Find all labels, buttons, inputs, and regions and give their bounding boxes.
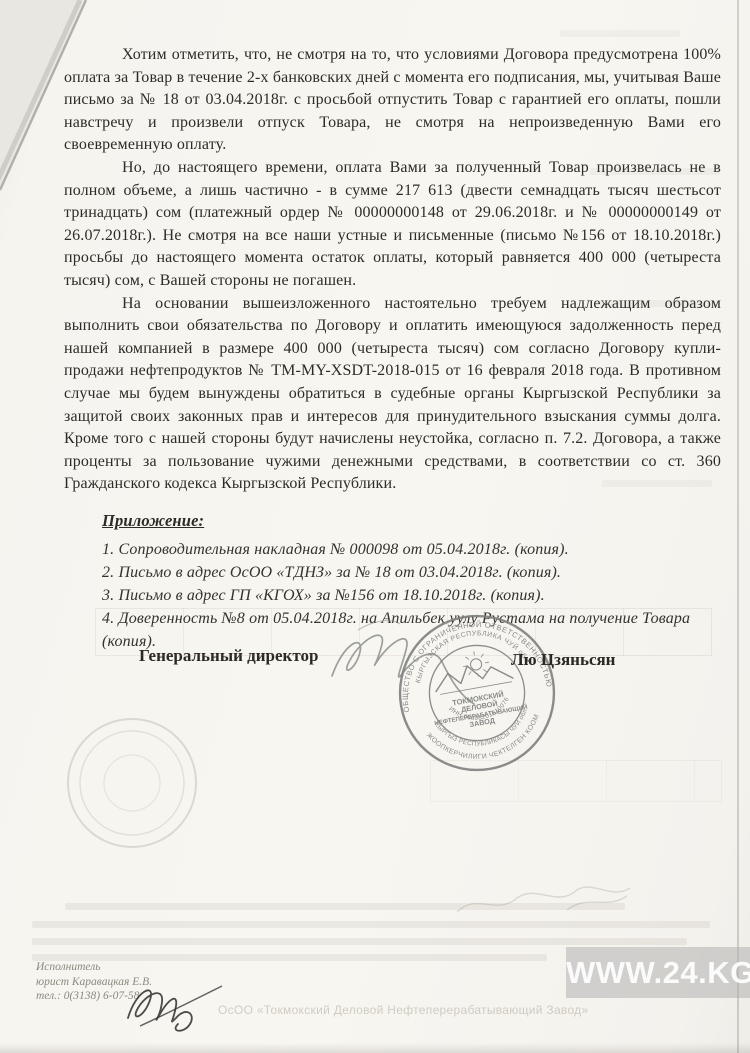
faint-handwriting-scribble [452, 880, 637, 922]
paper-right-edge [737, 0, 739, 1053]
bleedthrough-text-line [32, 938, 687, 945]
signatory-name: Лю Цзяньсян [511, 650, 615, 670]
bleedthrough-mark [600, 300, 718, 307]
paragraph-1: Хотим отметить, что, не смотря на то, чт… [64, 44, 721, 157]
scanned-letter-page: Хотим отметить, что, не смотря на то, чт… [0, 0, 750, 1053]
bleedthrough-text-line [32, 921, 710, 928]
attachment-item-1: 1. Сопроводительная накладная № 000098 о… [102, 538, 714, 561]
bleedthrough-stamp-circle [64, 715, 200, 851]
director-signature-scribble [322, 600, 482, 715]
bleedthrough-mark [590, 168, 720, 175]
paragraph-2: Но, до настоящего времени, оплата Вами з… [64, 157, 721, 293]
bleedthrough-mark [602, 480, 712, 487]
letter-text-block: Хотим отметить, что, не смотря на то, чт… [64, 44, 721, 653]
bleedthrough-mark [560, 30, 680, 37]
bleedthrough-text-line [32, 954, 547, 961]
watermark-text: WWW.24.KG [566, 955, 750, 990]
watermark-band: WWW.24.KG [566, 947, 750, 998]
executor-signature-scribble [112, 968, 232, 1038]
attachments-heading: Приложение: [102, 510, 714, 533]
attachment-item-2: 2. Письмо в адрес ОсОО «ТДНЗ» за № 18 от… [102, 561, 714, 584]
paragraph-3: На основании вышеизложенного настоятельн… [64, 293, 721, 496]
paper-bottom-shadow [0, 1043, 750, 1053]
bleedthrough-company-name: ОсОО «Токмокский Деловой Нефтеперерабаты… [218, 1003, 588, 1017]
